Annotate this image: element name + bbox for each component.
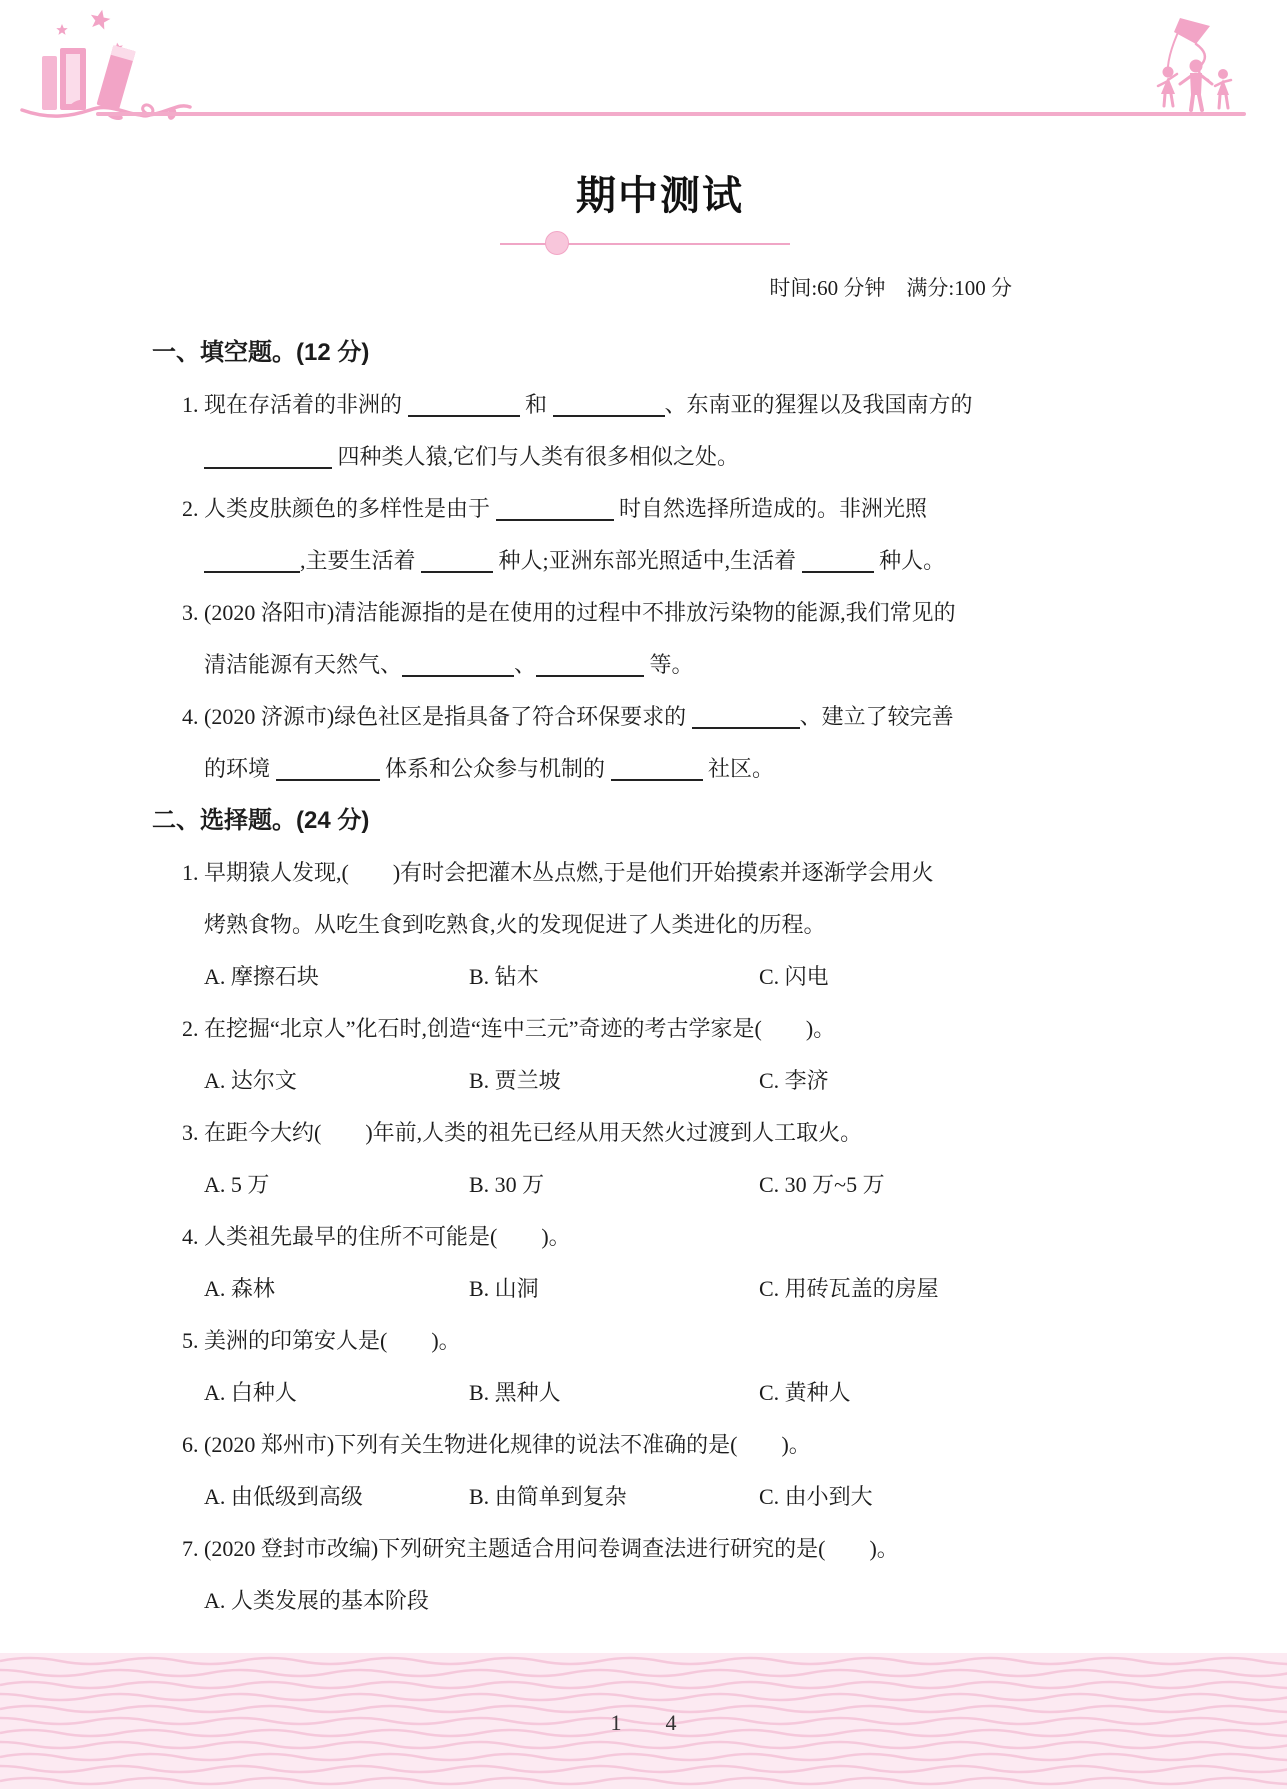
exam-body: 一、填空题。(12 分) 1. 现在存活着的非洲的 和 、东南亚的猩猩以及我国南…: [152, 327, 1032, 1627]
question-text: 、建立了较完善: [800, 704, 954, 729]
question-text: 1. 早期猿人发现,( )有时会把灌木丛点燃,于是他们开始摸索并逐渐学会用火: [182, 860, 934, 885]
page-title: 期中测试: [500, 164, 820, 221]
option-item: B. 钻木: [469, 951, 759, 1003]
answer-blank: [692, 724, 800, 729]
question-text: 体系和公众参与机制的: [380, 756, 611, 781]
question-text: 7. (2020 登封市改编)下列研究主题适合用问卷调查法进行研究的是( )。: [182, 1536, 899, 1561]
option-item: A. 摩擦石块: [204, 951, 469, 1003]
question-text: 等。: [644, 652, 694, 677]
question-text: 1. 现在存活着的非洲的: [182, 392, 408, 417]
question-text: 四种类人猿,它们与人类有很多相似之处。: [332, 444, 739, 469]
title-underline: [500, 243, 790, 245]
options-row: A. 白种人B. 黑种人C. 黄种人: [152, 1367, 1032, 1419]
option-item: C. 由小到大: [759, 1471, 873, 1523]
question-line: 4. 人类祖先最早的住所不可能是( )。: [152, 1211, 1032, 1263]
question-line: 清洁能源有天然气、、 等。: [152, 639, 1032, 691]
question-text: 2. 人类皮肤颜色的多样性是由于: [182, 496, 496, 521]
question-text: 、: [514, 652, 536, 677]
options-row: A. 森林B. 山洞C. 用砖瓦盖的房屋: [152, 1263, 1032, 1315]
answer-blank: [553, 412, 665, 417]
option-item: C. 黄种人: [759, 1367, 851, 1419]
question-text: 5. 美洲的印第安人是( )。: [182, 1328, 461, 1353]
options-row: A. 由低级到高级B. 由简单到复杂C. 由小到大: [152, 1471, 1032, 1523]
option-item: C. 闪电: [759, 951, 829, 1003]
question-text: 和: [520, 392, 553, 417]
question-text: 、东南亚的猩猩以及我国南方的: [665, 392, 973, 417]
answer-blank: [276, 776, 380, 781]
question-line: 5. 美洲的印第安人是( )。: [152, 1315, 1032, 1367]
question-text: ,主要生活着: [300, 548, 421, 573]
option-item: B. 30 万: [469, 1159, 759, 1211]
question-text: 种人。: [874, 548, 946, 573]
question-text: 的环境: [204, 756, 276, 781]
answer-blank: [421, 568, 493, 573]
option-item: B. 贾兰坡: [469, 1055, 759, 1107]
question-text: 时自然选择所造成的。非洲光照: [614, 496, 928, 521]
option-item: A. 森林: [204, 1263, 469, 1315]
answer-blank: [802, 568, 874, 573]
section-1-rows: 1. 现在存活着的非洲的 和 、东南亚的猩猩以及我国南方的 四种类人猿,它们与人…: [152, 379, 1032, 795]
options-row: A. 达尔文B. 贾兰坡C. 李济: [152, 1055, 1032, 1107]
answer-blank: [402, 672, 514, 677]
question-text: 4. 人类祖先最早的住所不可能是( )。: [182, 1224, 571, 1249]
answer-blank: [611, 776, 703, 781]
options-row: A. 人类发展的基本阶段: [152, 1575, 1032, 1627]
question-line: 3. 在距今大约( )年前,人类的祖先已经从用天然火过渡到人工取火。: [152, 1107, 1032, 1159]
kite-children-decoration-icon: [1128, 14, 1273, 116]
option-item: A. 人类发展的基本阶段: [204, 1575, 469, 1627]
question-line: 2. 在挖掘“北京人”化石时,创造“连中三元”奇迹的考古学家是( )。: [152, 1003, 1032, 1055]
question-line: 3. (2020 洛阳市)清洁能源指的是在使用的过程中不排放污染物的能源,我们常…: [152, 587, 1032, 639]
page-number-right: 4: [666, 1710, 677, 1735]
question-line: 烤熟食物。从吃生食到吃熟食,火的发现促进了人类进化的历程。: [152, 899, 1032, 951]
question-text: 6. (2020 郑州市)下列有关生物进化规律的说法不准确的是( )。: [182, 1432, 811, 1457]
option-item: A. 白种人: [204, 1367, 469, 1419]
options-row: A. 5 万B. 30 万C. 30 万~5 万: [152, 1159, 1032, 1211]
option-item: A. 达尔文: [204, 1055, 469, 1107]
question-line: 四种类人猿,它们与人类有很多相似之处。: [152, 431, 1032, 483]
option-item: B. 由简单到复杂: [469, 1471, 759, 1523]
question-line: 4. (2020 济源市)绿色社区是指具备了符合环保要求的 、建立了较完善: [152, 691, 1032, 743]
question-text: 清洁能源有天然气、: [204, 652, 402, 677]
exam-meta: 时间:60 分钟 满分:100 分: [520, 272, 1012, 302]
question-line: 的环境 体系和公众参与机制的 社区。: [152, 743, 1032, 795]
question-text: 社区。: [703, 756, 775, 781]
page-numbers: 14: [0, 1710, 1287, 1736]
question-line: 7. (2020 登封市改编)下列研究主题适合用问卷调查法进行研究的是( )。: [152, 1523, 1032, 1575]
question-text: 3. 在距今大约( )年前,人类的祖先已经从用天然火过渡到人工取火。: [182, 1120, 862, 1145]
question-line: 1. 现在存活着的非洲的 和 、东南亚的猩猩以及我国南方的: [152, 379, 1032, 431]
section-multiple-choice: 二、选择题。(24 分) 1. 早期猿人发现,( )有时会把灌木丛点燃,于是他们…: [152, 795, 1032, 1627]
question-text: 3. (2020 洛阳市)清洁能源指的是在使用的过程中不排放污染物的能源,我们常…: [182, 600, 956, 625]
question-text: 2. 在挖掘“北京人”化石时,创造“连中三元”奇迹的考古学家是( )。: [182, 1016, 835, 1041]
answer-blank: [496, 516, 614, 521]
question-text: 烤熟食物。从吃生食到吃熟食,火的发现促进了人类进化的历程。: [204, 912, 826, 937]
title-dot-icon: [545, 231, 569, 255]
question-line: 6. (2020 郑州市)下列有关生物进化规律的说法不准确的是( )。: [152, 1419, 1032, 1471]
section-2-heading: 二、选择题。(24 分): [152, 795, 1032, 847]
question-line: 1. 早期猿人发现,( )有时会把灌木丛点燃,于是他们开始摸索并逐渐学会用火: [152, 847, 1032, 899]
page-number-left: 1: [611, 1710, 622, 1735]
question-text: 种人;亚洲东部光照适中,生活着: [493, 548, 802, 573]
question-line: 2. 人类皮肤颜色的多样性是由于 时自然选择所造成的。非洲光照: [152, 483, 1032, 535]
header-rule: [96, 112, 1246, 116]
answer-blank: [204, 464, 332, 469]
option-item: C. 30 万~5 万: [759, 1159, 885, 1211]
section-1-heading: 一、填空题。(12 分): [152, 327, 1032, 379]
answer-blank: [204, 568, 300, 573]
answer-blank: [536, 672, 644, 677]
question-text: 4. (2020 济源市)绿色社区是指具备了符合环保要求的: [182, 704, 692, 729]
option-item: A. 5 万: [204, 1159, 469, 1211]
question-line: ,主要生活着 种人;亚洲东部光照适中,生活着 种人。: [152, 535, 1032, 587]
exam-page: { "page": { "title": "期中测试", "meta": "时间…: [0, 0, 1287, 1789]
options-row: A. 摩擦石块B. 钻木C. 闪电: [152, 951, 1032, 1003]
option-item: B. 山洞: [469, 1263, 759, 1315]
option-item: C. 用砖瓦盖的房屋: [759, 1263, 939, 1315]
option-item: C. 李济: [759, 1055, 829, 1107]
option-item: A. 由低级到高级: [204, 1471, 469, 1523]
books-stars-decoration-icon: [20, 4, 350, 120]
section-fill-blanks: 一、填空题。(12 分) 1. 现在存活着的非洲的 和 、东南亚的猩猩以及我国南…: [152, 327, 1032, 795]
answer-blank: [408, 412, 520, 417]
section-2-rows: 1. 早期猿人发现,( )有时会把灌木丛点燃,于是他们开始摸索并逐渐学会用火烤熟…: [152, 847, 1032, 1627]
option-item: B. 黑种人: [469, 1367, 759, 1419]
